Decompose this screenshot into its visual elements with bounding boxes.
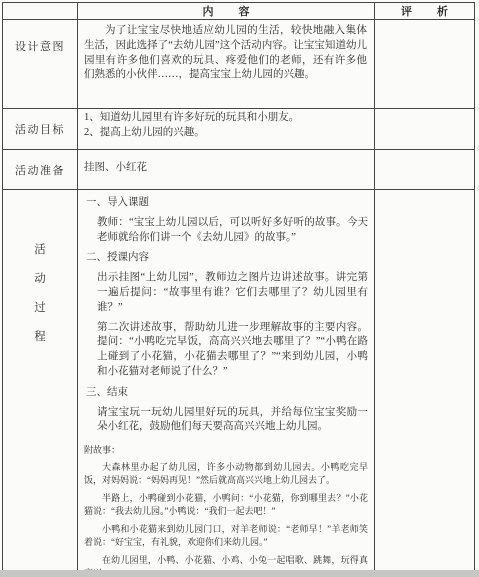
process-section-2-paragraph-1: 出示挂图“上幼儿园”，教师边之图片边讲述故事。讲完第一遍后提问：“故事里有谁？它… xyxy=(97,271,368,315)
document-page: 内 容 评 析 设计意图 为了让宝宝尽快地适应幼儿园的生活，较快地融入集体生活，… xyxy=(0,0,479,577)
goals-content: 1、知道幼儿园里有许多好玩的玩具和小朋友。 2、提高上幼儿园的兴趣。 xyxy=(78,109,375,150)
process-section-2-paragraph-2: 第二次讲述故事，帮助幼儿进一步理解故事的主要内容。提问：“小鸭吃完早饭，高高兴兴… xyxy=(97,321,368,380)
process-label-char-4: 程 xyxy=(34,331,46,343)
header-review-label: 评 析 xyxy=(375,3,474,20)
process-section-3-paragraph: 请宝宝玩一玩幼儿园里好玩的玩具，并给每位宝宝奖励一朵小红花，鼓励他们每天要高高兴… xyxy=(97,406,368,436)
review-cell-goals xyxy=(375,109,474,150)
process-content: 一、导入课题 教师：“宝宝上幼儿园以后，可以听好多好听的故事。今天老师就给你们讲… xyxy=(78,190,375,570)
goal-item-2: 2、提高上幼儿园的兴趣。 xyxy=(84,125,367,140)
review-cell-process xyxy=(375,190,474,570)
preparation-content: 挂图、小红花 xyxy=(78,150,375,190)
lesson-plan-table: 内 容 评 析 设计意图 为了让宝宝尽快地适应幼儿园的生活，较快地融入集体生活，… xyxy=(2,2,475,571)
appendix-paragraph-1: 大森林里办起了幼儿园，许多小动物都到幼儿园去。小鸭吃完早饭，对妈妈说：“妈妈再见… xyxy=(84,461,368,487)
process-section-3-title: 三、结束 xyxy=(86,386,368,401)
page-bottom-edge xyxy=(0,570,479,577)
review-cell-preparation xyxy=(375,150,474,190)
appendix-paragraph-2: 半路上，小鸭碰到小花猫，小鸭问：“小花猫，你到哪里去？”小花猫说：“我去幼儿园。… xyxy=(84,492,368,518)
row-label-process: 活 动 过 程 xyxy=(3,190,78,570)
header-content-label: 内 容 xyxy=(78,3,375,20)
design-intent-content: 为了让宝宝尽快地适应幼儿园的生活，较快地融入集体生活，因此选择了“去幼儿园”这个… xyxy=(78,20,375,109)
header-empty-cell xyxy=(3,3,78,20)
process-label-char-1: 活 xyxy=(34,244,46,256)
goal-item-1: 1、知道幼儿园里有许多好玩的玩具和小朋友。 xyxy=(84,110,367,125)
process-section-2-title: 二、授课内容 xyxy=(86,251,368,266)
row-label-design-intent: 设计意图 xyxy=(3,20,78,109)
appendix-paragraph-4: 在幼儿园里，小鸭、小花猫、小鸡、小兔一起唱歌、跳舞，玩得真高兴。 xyxy=(84,554,368,570)
design-intent-paragraph: 为了让宝宝尽快地适应幼儿园的生活，较快地融入集体生活，因此选择了“去幼儿园”这个… xyxy=(84,24,367,83)
row-label-preparation: 活动准备 xyxy=(3,150,78,190)
row-label-goals: 活动目标 xyxy=(3,109,78,150)
appendix-paragraph-3: 小鸭和小花猫来到幼儿园门口，对羊老师说：“老师早！”羊老师笑着说：“好宝宝，有礼… xyxy=(84,523,368,549)
process-label-char-3: 过 xyxy=(34,302,46,314)
appendix-title: 附故事： xyxy=(84,444,368,456)
process-label-char-2: 动 xyxy=(34,273,46,285)
process-section-1-title: 一、导入课题 xyxy=(86,196,368,211)
process-section-1-paragraph: 教师：“宝宝上幼儿园以后，可以听好多好听的故事。今天老师就给你们讲一个《去幼儿园… xyxy=(97,216,368,246)
review-cell-design-intent xyxy=(375,20,474,109)
